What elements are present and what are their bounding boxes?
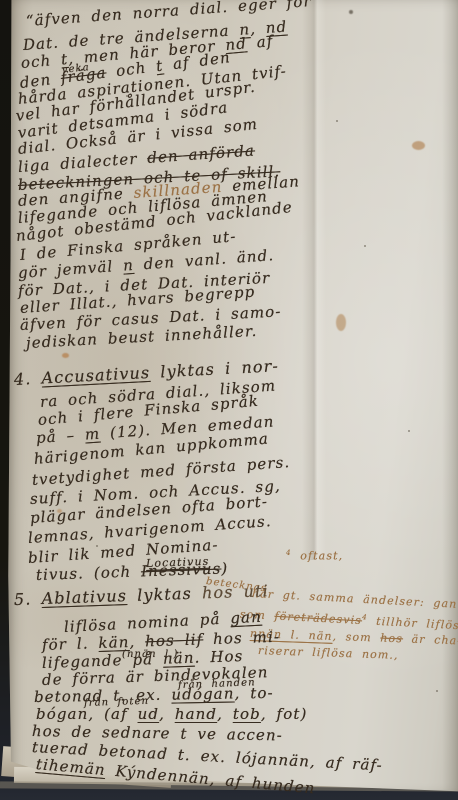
handwriting-segment: oftast, — [292, 550, 344, 563]
handwriting-segment: , — [159, 705, 175, 723]
handwriting-segment: företrädesvis — [274, 609, 362, 627]
handwriting-segment: tillhör liflösa — [367, 614, 458, 632]
margin-note-line: nnän l. nän, som hos är cha- — [250, 628, 458, 646]
handwriting-layer: “äfven den norra dial. eger förDat. de t… — [0, 0, 458, 800]
handwriting-segment: på – — [35, 426, 85, 447]
handwriting-segment: tob — [233, 705, 261, 723]
handwriting-segment: Ablativus — [41, 586, 127, 608]
handwriting-segment: ) — [221, 559, 229, 577]
margin-note-line: riserar liflösa nom., — [258, 645, 399, 661]
handwriting-segment: är cha- — [403, 632, 458, 647]
handwriting-segment: hand — [175, 705, 217, 723]
handwriting-segment: , som — [332, 630, 380, 645]
handwriting-segment: gan — [230, 608, 262, 628]
handwriting-segment: hos mi- — [203, 628, 280, 649]
margin-note-line: här gt. samma ändelser: gan — [252, 588, 458, 610]
handwriting-segment: för l. — [42, 634, 99, 654]
handwriting-segment: hos lif — [145, 630, 204, 650]
handwriting-segment: hos — [380, 632, 403, 646]
handwriting-segment: 4. — [13, 369, 42, 389]
handwriting-segment: från foten — [84, 696, 150, 709]
handwriting-line: 5. Ablativus lyktas hos uti — [14, 583, 269, 608]
handwriting-segment: hos uti — [202, 581, 269, 602]
handwriting-segment: , — [217, 705, 233, 723]
handwriting-segment: , fot) — [261, 705, 308, 723]
manuscript-photo: “äfven den norra dial. eger förDat. de t… — [0, 0, 458, 800]
handwriting-segment: Accusativus — [41, 363, 151, 388]
handwriting-line: bógan, (af ud, hand, tob, fot) — [36, 707, 307, 722]
margin-note-line: 4 oftast, — [286, 549, 343, 562]
handwriting-segment: Locativus — [146, 555, 210, 570]
interlinear-note: Locativus — [146, 556, 210, 569]
handwriting-segment: den anförda — [147, 141, 256, 166]
handwriting-segment: lyktas — [127, 583, 203, 605]
handwriting-segment: ud — [138, 705, 159, 723]
handwriting-segment: tivus. (och — [36, 562, 142, 584]
handwriting-segment: här gt. samma ändelser: gan — [252, 587, 458, 611]
handwriting-segment: af — [246, 32, 274, 52]
handwriting-segment: 5. — [14, 589, 42, 609]
handwriting-segment: m — [84, 425, 101, 444]
handwriting-segment: riserar liflösa nom., — [258, 644, 399, 662]
